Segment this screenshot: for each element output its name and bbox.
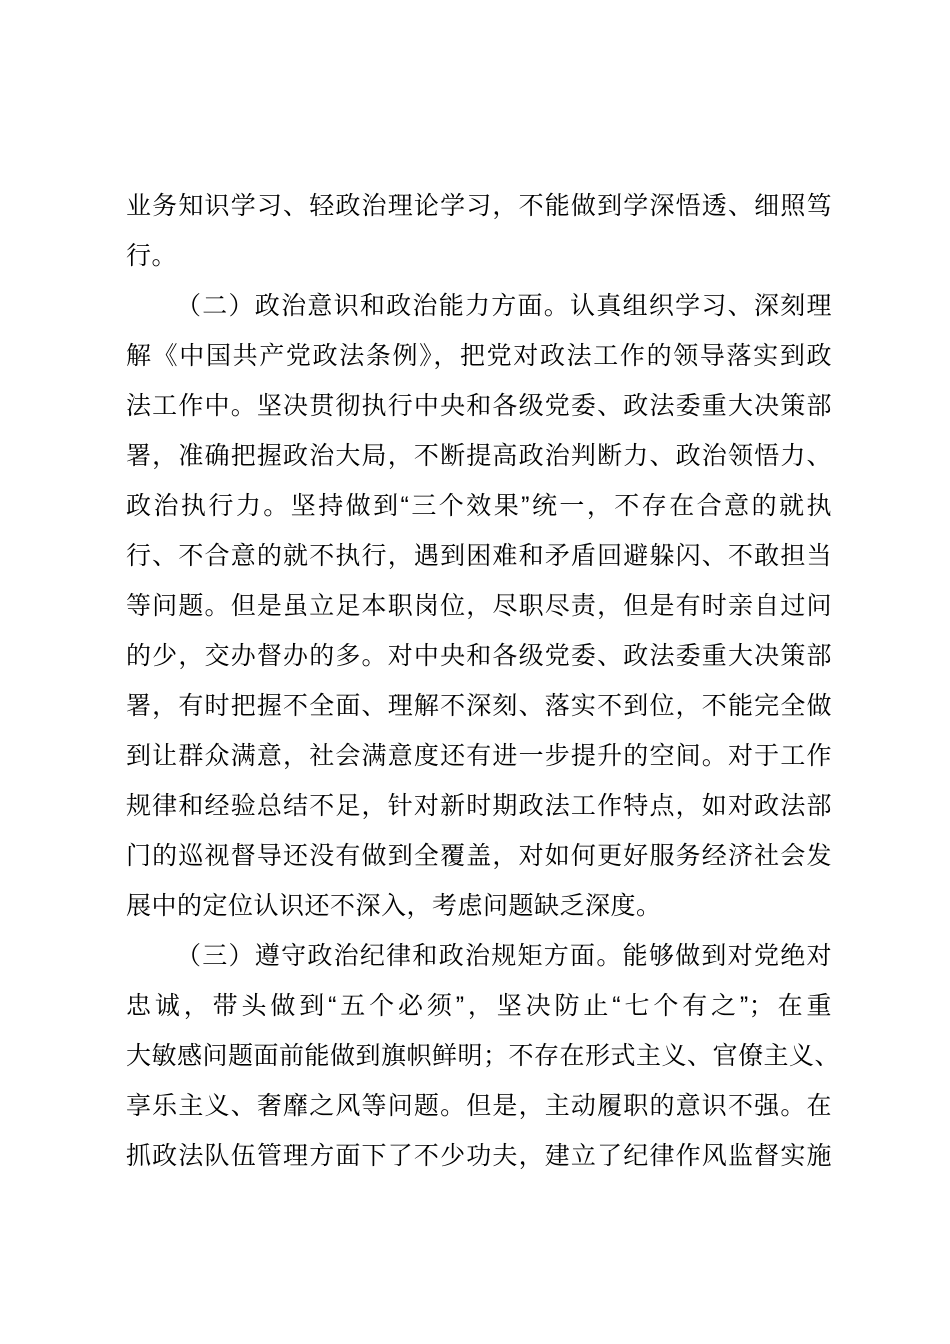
text-line: 展中的定位认识还不深入，考虑问题缺乏深度。 [126,881,832,931]
text-line: 业务知识学习、轻政治理论学习，不能做到学深悟透、细照笃 [126,181,832,231]
text-line: 行、不合意的就不执行，遇到困难和矛盾回避躲闪、不敢担当 [126,531,832,581]
text-line: 等问题。但是虽立足本职岗位，尽职尽责，但是有时亲自过问 [126,581,832,631]
text-line: 署，有时把握不全面、理解不深刻、落实不到位，不能完全做 [126,681,832,731]
text-line: 抓政法队伍管理方面下了不少功夫，建立了纪律作风监督实施 [126,1131,832,1181]
paragraph: （三）遵守政治纪律和政治规矩方面。能够做到对党绝对忠诚，带头做到“五个必须”，坚… [126,931,832,1181]
text-line: 享乐主义、奢靡之风等问题。但是，主动履职的意识不强。在 [126,1081,832,1131]
document-page: 业务知识学习、轻政治理论学习，不能做到学深悟透、细照笃行。（二）政治意识和政治能… [0,0,950,1344]
text-line: 署，准确把握政治大局，不断提高政治判断力、政治领悟力、 [126,431,832,481]
text-line: 解《中国共产党政法条例》，把党对政法工作的领导落实到政 [126,331,832,381]
text-line: 门的巡视督导还没有做到全覆盖，对如何更好服务经济社会发 [126,831,832,881]
text-line: 政治执行力。坚持做到“三个效果”统一，不存在合意的就执 [126,481,832,531]
text-line: 规律和经验总结不足，针对新时期政法工作特点，如对政法部 [126,781,832,831]
text-block: 业务知识学习、轻政治理论学习，不能做到学深悟透、细照笃行。（二）政治意识和政治能… [126,181,832,1181]
text-line: （三）遵守政治纪律和政治规矩方面。能够做到对党绝对 [126,931,832,981]
text-line: 的少，交办督办的多。对中央和各级党委、政法委重大决策部 [126,631,832,681]
text-line: 到让群众满意，社会满意度还有进一步提升的空间。对于工作 [126,731,832,781]
text-line: 法工作中。坚决贯彻执行中央和各级党委、政法委重大决策部 [126,381,832,431]
text-line: 大敏感问题面前能做到旗帜鲜明；不存在形式主义、官僚主义、 [126,1031,832,1081]
text-line: 行。 [126,231,832,281]
paragraph: 业务知识学习、轻政治理论学习，不能做到学深悟透、细照笃行。 [126,181,832,281]
text-line: （二）政治意识和政治能力方面。认真组织学习、深刻理 [126,281,832,331]
paragraph: （二）政治意识和政治能力方面。认真组织学习、深刻理解《中国共产党政法条例》，把党… [126,281,832,931]
text-line: 忠诚，带头做到“五个必须”，坚决防止“七个有之”；在重 [126,981,832,1031]
